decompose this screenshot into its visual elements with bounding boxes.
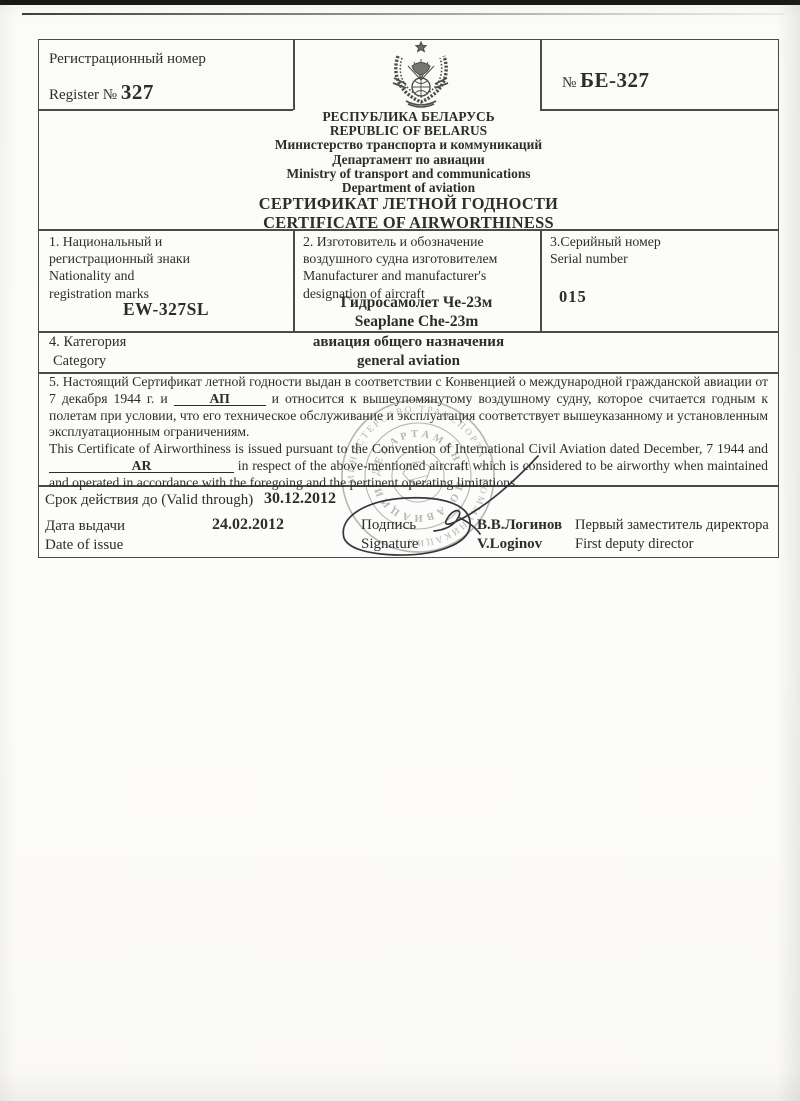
- clause-5-russian: 5. Настоящий Сертификат летной годности …: [49, 374, 768, 441]
- category-value: авиация общего назначения general aviati…: [39, 333, 778, 371]
- serial-label-ru: 3.Серийный номер: [550, 233, 770, 250]
- certificate-number-prefix: №: [562, 75, 576, 91]
- clause-5-ru-blank-value: АП: [174, 392, 266, 406]
- nationality-label-ru-1: 1. Национальный и: [49, 233, 285, 250]
- serial-number-value: 015: [559, 287, 587, 307]
- scanned-certificate-page: МИНИСТЕРСТВО ТРАНСПОРТА И КОММУНИКАЦИЙ Д…: [0, 0, 800, 1101]
- manufacturer-label-ru-2: воздушного судна изготовителем: [303, 250, 532, 267]
- document-heading: РЕСПУБЛИКА БЕЛАРУСЬ REPUBLIC OF BELARUS …: [39, 110, 778, 232]
- aircraft-designation-en: Seaplane Che-23m: [293, 312, 540, 331]
- heading-ministry-en: Ministry of transport and communications: [39, 167, 778, 181]
- clause-5-en-blank-value: AR: [49, 459, 234, 473]
- heading-department-en: Department of aviation: [39, 181, 778, 195]
- signature-ink: [322, 438, 558, 568]
- field-manufacturer-designation: 2. Изготовитель и обозначение воздушного…: [293, 229, 540, 331]
- category-value-ru: авиация общего назначения: [39, 333, 778, 352]
- register-number-line: Register № 327: [49, 80, 154, 105]
- aircraft-designation-value: Гидросамолет Че-23м Seaplane Che-23m: [293, 293, 540, 331]
- belarus-coat-of-arms-icon: [384, 40, 458, 110]
- nationality-label-en-1: Nationality and: [49, 267, 285, 284]
- divider: [293, 40, 295, 110]
- date-of-issue-label-ru: Дата выдачи: [45, 518, 125, 535]
- certificate-number-line: № БЕ-327: [562, 68, 649, 93]
- aircraft-designation-ru: Гидросамолет Че-23м: [293, 293, 540, 312]
- signer-title-en: First deputy director: [575, 536, 693, 553]
- serial-label-en: Serial number: [550, 250, 770, 267]
- register-number-value: 327: [121, 80, 154, 104]
- document-title-ru: СЕРТИФИКАТ ЛЕТНОЙ ГОДНОСТИ: [39, 195, 778, 214]
- manufacturer-label-en-1: Manufacturer and manufacturer's: [303, 267, 532, 284]
- divider: [540, 40, 542, 110]
- certificate-number-value: БЕ-327: [580, 68, 649, 92]
- manufacturer-label-ru-1: 2. Изготовитель и обозначение: [303, 233, 532, 250]
- register-number-label: Регистрационный номер: [49, 51, 206, 68]
- heading-republic-ru: РЕСПУБЛИКА БЕЛАРУСЬ: [39, 110, 778, 124]
- scan-streak-artifact: [22, 13, 784, 15]
- date-of-issue-value: 24.02.2012: [212, 516, 284, 534]
- signer-title-ru: Первый заместитель директора: [575, 517, 769, 534]
- valid-through-label: Срок действия до (Valid through): [45, 492, 253, 509]
- field-serial-number: 3.Серийный номер Serial number 015: [540, 229, 778, 331]
- register-label-en: Register №: [49, 87, 117, 103]
- registration-marks-value: EW-327SL: [39, 299, 293, 320]
- date-of-issue-label-en: Date of issue: [45, 537, 123, 554]
- field-nationality-marks: 1. Национальный и регистрационный знаки …: [39, 229, 293, 331]
- heading-ministry-ru: Министерство транспорта и коммуникаций: [39, 138, 778, 152]
- heading-department-ru: Департамент по авиации: [39, 153, 778, 167]
- scan-edge-artifact: [0, 0, 800, 5]
- nationality-label-ru-2: регистрационный знаки: [49, 250, 285, 267]
- heading-republic-en: REPUBLIC OF BELARUS: [39, 124, 778, 138]
- category-value-en: general aviation: [39, 352, 778, 371]
